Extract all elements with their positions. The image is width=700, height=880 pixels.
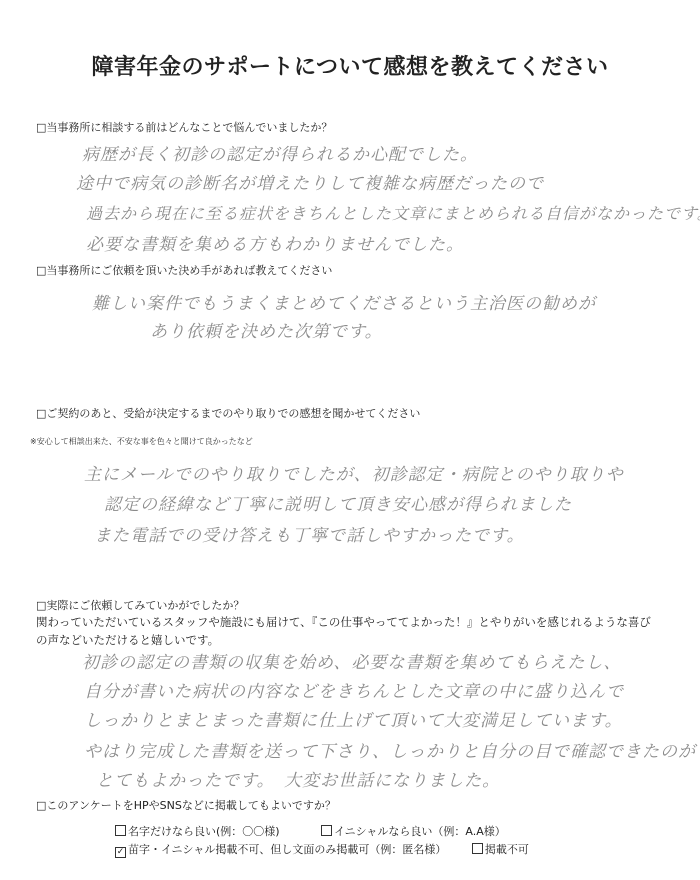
question-note: ※安心して相談出来た、不安な事を色々と聞けて良かったなど (30, 436, 253, 447)
checkbox-checked[interactable]: ✓ (115, 847, 126, 858)
checkbox-unchecked[interactable] (472, 843, 483, 854)
handwritten-line: 認定の経緯など丁寧に説明して頂き安心感が得られました (104, 490, 572, 515)
option-no-publication[interactable]: 掲載不可 (472, 841, 529, 857)
handwritten-line: しっかりとまとまった書類に仕上げて頂いて大変満足しています。 (84, 706, 623, 731)
publication-options-row-1: 名字だけなら良い(例：〇〇様) イニシャルなら良い（例：A.A様） (115, 823, 544, 839)
checkbox-unchecked[interactable] (115, 825, 126, 836)
question-after-contract: □ご契約のあと、受給が決定するまでのやり取りでの感想を聞かせてください (36, 405, 420, 421)
handwritten-line: あり依頼を決めた次第です。 (150, 317, 383, 342)
question-deciding-factor: □当事務所にご依頼を頂いた決め手があれば教えてください (36, 262, 332, 278)
handwritten-line: また電話での受け答えも丁寧で話しやすかったです。 (94, 521, 525, 546)
handwritten-line: 必要な書類を集める方もわかりませんでした。 (86, 230, 464, 255)
question-worries: □当事務所に相談する前はどんなことで悩んでいましたか？ (36, 119, 332, 135)
handwritten-line: とてもよかったです。 大変お世話になりました。 (96, 766, 500, 791)
handwritten-line: 難しい案件でもうまくまとめてくださるという主治医の勧めが (92, 289, 596, 314)
handwritten-line: 途中で病気の診断名が増えたりして複雑な病歴だったので (76, 169, 544, 194)
publication-options-row-2: ✓苗字・イニシャル掲載不可、但し文面のみ掲載可（例：匿名様） 掲載不可 (115, 841, 567, 858)
handwritten-line: 主にメールでのやり取りでしたが、初診認定・病院とのやり取りや (84, 460, 624, 485)
handwritten-line: 自分が書いた病状の内容などをきちんとした文章の中に盛り込んで (84, 677, 624, 702)
survey-title: 障害年金のサポートについて感想を教えてください (0, 50, 700, 81)
handwritten-line: 初診の認定の書類の収集を始め、必要な書類を集めてもらえたし、 (82, 648, 621, 673)
handwritten-line: 過去から現在に至る症状をきちんとした文章にまとめられる自信がなかったです。 (86, 201, 700, 224)
option-surname-only[interactable]: 名字だけなら良い(例：〇〇様) (115, 823, 280, 839)
option-text-only-anonymous[interactable]: ✓苗字・イニシャル掲載不可、但し文面のみ掲載可（例：匿名様） (115, 841, 446, 858)
handwritten-line: 病歴が長く初診の認定が得られるか心配でした。 (82, 140, 478, 165)
checkbox-unchecked[interactable] (321, 825, 332, 836)
option-initials-only[interactable]: イニシャルなら良い（例：A.A様） (321, 823, 506, 839)
question-experience: □実際にご依頼してみていかがでしたか？ (36, 597, 244, 613)
question-publication: □このアンケートをHPやSNSなどに掲載してもよいですか？ (36, 797, 336, 813)
prompt-line: 関わっていただいているスタッフや施設にも届けて、『この仕事やっててよかった！』と… (36, 614, 651, 630)
prompt-line: の声などいただけると嬉しいです。 (36, 632, 219, 648)
handwritten-line: やはり完成した書類を送って下さり、しっかりと自分の目で確認できたのが (84, 737, 696, 762)
